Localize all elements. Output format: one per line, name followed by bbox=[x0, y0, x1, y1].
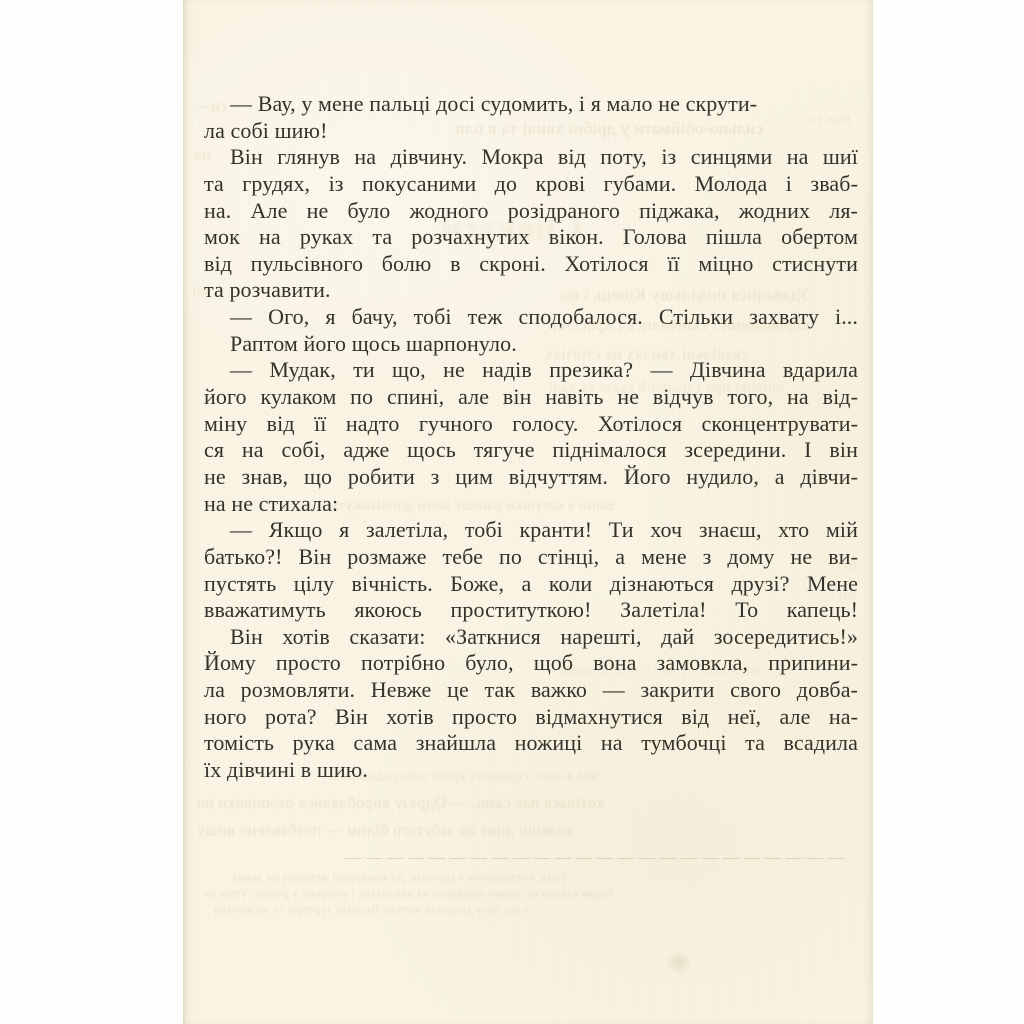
text-line: ного рота? Він хотів просто відмахнутися… bbox=[204, 704, 858, 731]
text-line: їх дівчині в шию. bbox=[204, 757, 858, 784]
text-block: — Вау, у мене пальці досі судомить, і я … bbox=[204, 91, 858, 784]
text-line: — Мудак, ти що, не надів презика? — Дівч… bbox=[204, 357, 858, 384]
text-line: ся на собі, адже щось тягуче піднімалося… bbox=[204, 437, 858, 464]
text-line: Раптом його щось шарпонуло. bbox=[204, 331, 858, 358]
text-line: його кулаком по спині, але він навіть не… bbox=[204, 384, 858, 411]
text-line: Він хотів сказати: «Заткнися нарешті, да… bbox=[204, 624, 858, 651]
text-line: на не стихала: bbox=[204, 491, 858, 518]
text-line: та розчавити. bbox=[204, 277, 858, 304]
text-line: не знав, що робити з цим відчуттям. Його… bbox=[204, 464, 858, 491]
text-line: Йому просто потрібно було, щоб вона замо… bbox=[204, 650, 858, 677]
text-line: міну від її надто гучного голосу. Хотіло… bbox=[204, 411, 858, 438]
text-line: батько?! Він розмаже тебе по стінці, а м… bbox=[204, 544, 858, 571]
text-line: — Якщо я залетіла, тобі кранти! Ти хоч з… bbox=[204, 517, 858, 544]
text-line: від пульсівного болю в скроні. Хотілося … bbox=[204, 251, 858, 278]
scanned-book-photo: сн—сильно-обіймати у дрібні хвилі та в п… bbox=[0, 0, 1024, 1024]
text-line: та грудях, із покусаними до крові губами… bbox=[204, 171, 858, 198]
text-line: вважатимуть якоюсь проституткою! Залетіл… bbox=[204, 597, 858, 624]
text-line: Він глянув на дівчину. Мокра від поту, і… bbox=[204, 144, 858, 171]
text-line: — Вау, у мене пальці досі судомить, і я … bbox=[204, 91, 858, 118]
text-line: томість рука сама знайшла ножиці на тумб… bbox=[204, 730, 858, 757]
page-number-smudge bbox=[666, 952, 692, 974]
text-line: — Ого, я бачу, тобі теж сподобалося. Сті… bbox=[204, 304, 858, 331]
text-line: пустять цілу вічність. Боже, а коли дізн… bbox=[204, 571, 858, 598]
text-line: ла розмовляти. Невже це так важко — закр… bbox=[204, 677, 858, 704]
text-line: мок на руках та розчахнутих вікон. Голов… bbox=[204, 224, 858, 251]
text-line: ла собі шию! bbox=[204, 118, 858, 145]
text-line: на. Але не було жодного розідраного підж… bbox=[204, 198, 858, 225]
